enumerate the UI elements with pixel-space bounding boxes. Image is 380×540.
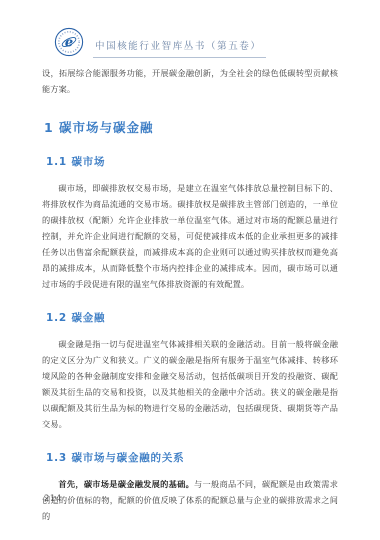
document-page: e 中国核能行业智库丛书（第五卷） 设，拓展综合能源服务功能，开展碳金融创新，为… xyxy=(0,0,380,540)
intro-paragraph: 设，拓展综合能源服务功能，开展碳金融创新，为全社会的绿色低碳转型贡献核能方案。 xyxy=(42,65,338,97)
page-header: e 中国核能行业智库丛书（第五卷） xyxy=(54,26,338,58)
section-body-1-1: 碳市场，即碳排放权交易市场，是建立在温室气体排放总量控制目标下的、将排放权作为商… xyxy=(42,180,338,292)
section-heading-1-2: 1.2 碳金融 xyxy=(46,311,338,325)
svg-text:e: e xyxy=(65,36,73,51)
publisher-logo-icon: e xyxy=(54,27,84,57)
section-body-1-3: 首先，碳市场是碳金融发展的基础。与一般商品不同，碳配额是由政策需求创造的价值标的… xyxy=(42,476,338,524)
series-title: 中国核能行业智库丛书（第五卷） xyxy=(93,38,266,58)
section-heading-1-1: 1.1 碳市场 xyxy=(46,155,338,169)
section-lead-bold: 首先，碳市场是碳金融发展的基础。 xyxy=(58,479,194,489)
page-number: 214 xyxy=(44,494,62,504)
chapter-title: 1 碳市场与碳金融 xyxy=(44,120,338,136)
section-heading-1-3: 1.3 碳市场与碳金融的关系 xyxy=(46,451,338,465)
section-body-1-2: 碳金融是指一切与促进温室气体减排相关联的金融活动。目前一般将碳金融的定义区分为广… xyxy=(42,336,338,432)
